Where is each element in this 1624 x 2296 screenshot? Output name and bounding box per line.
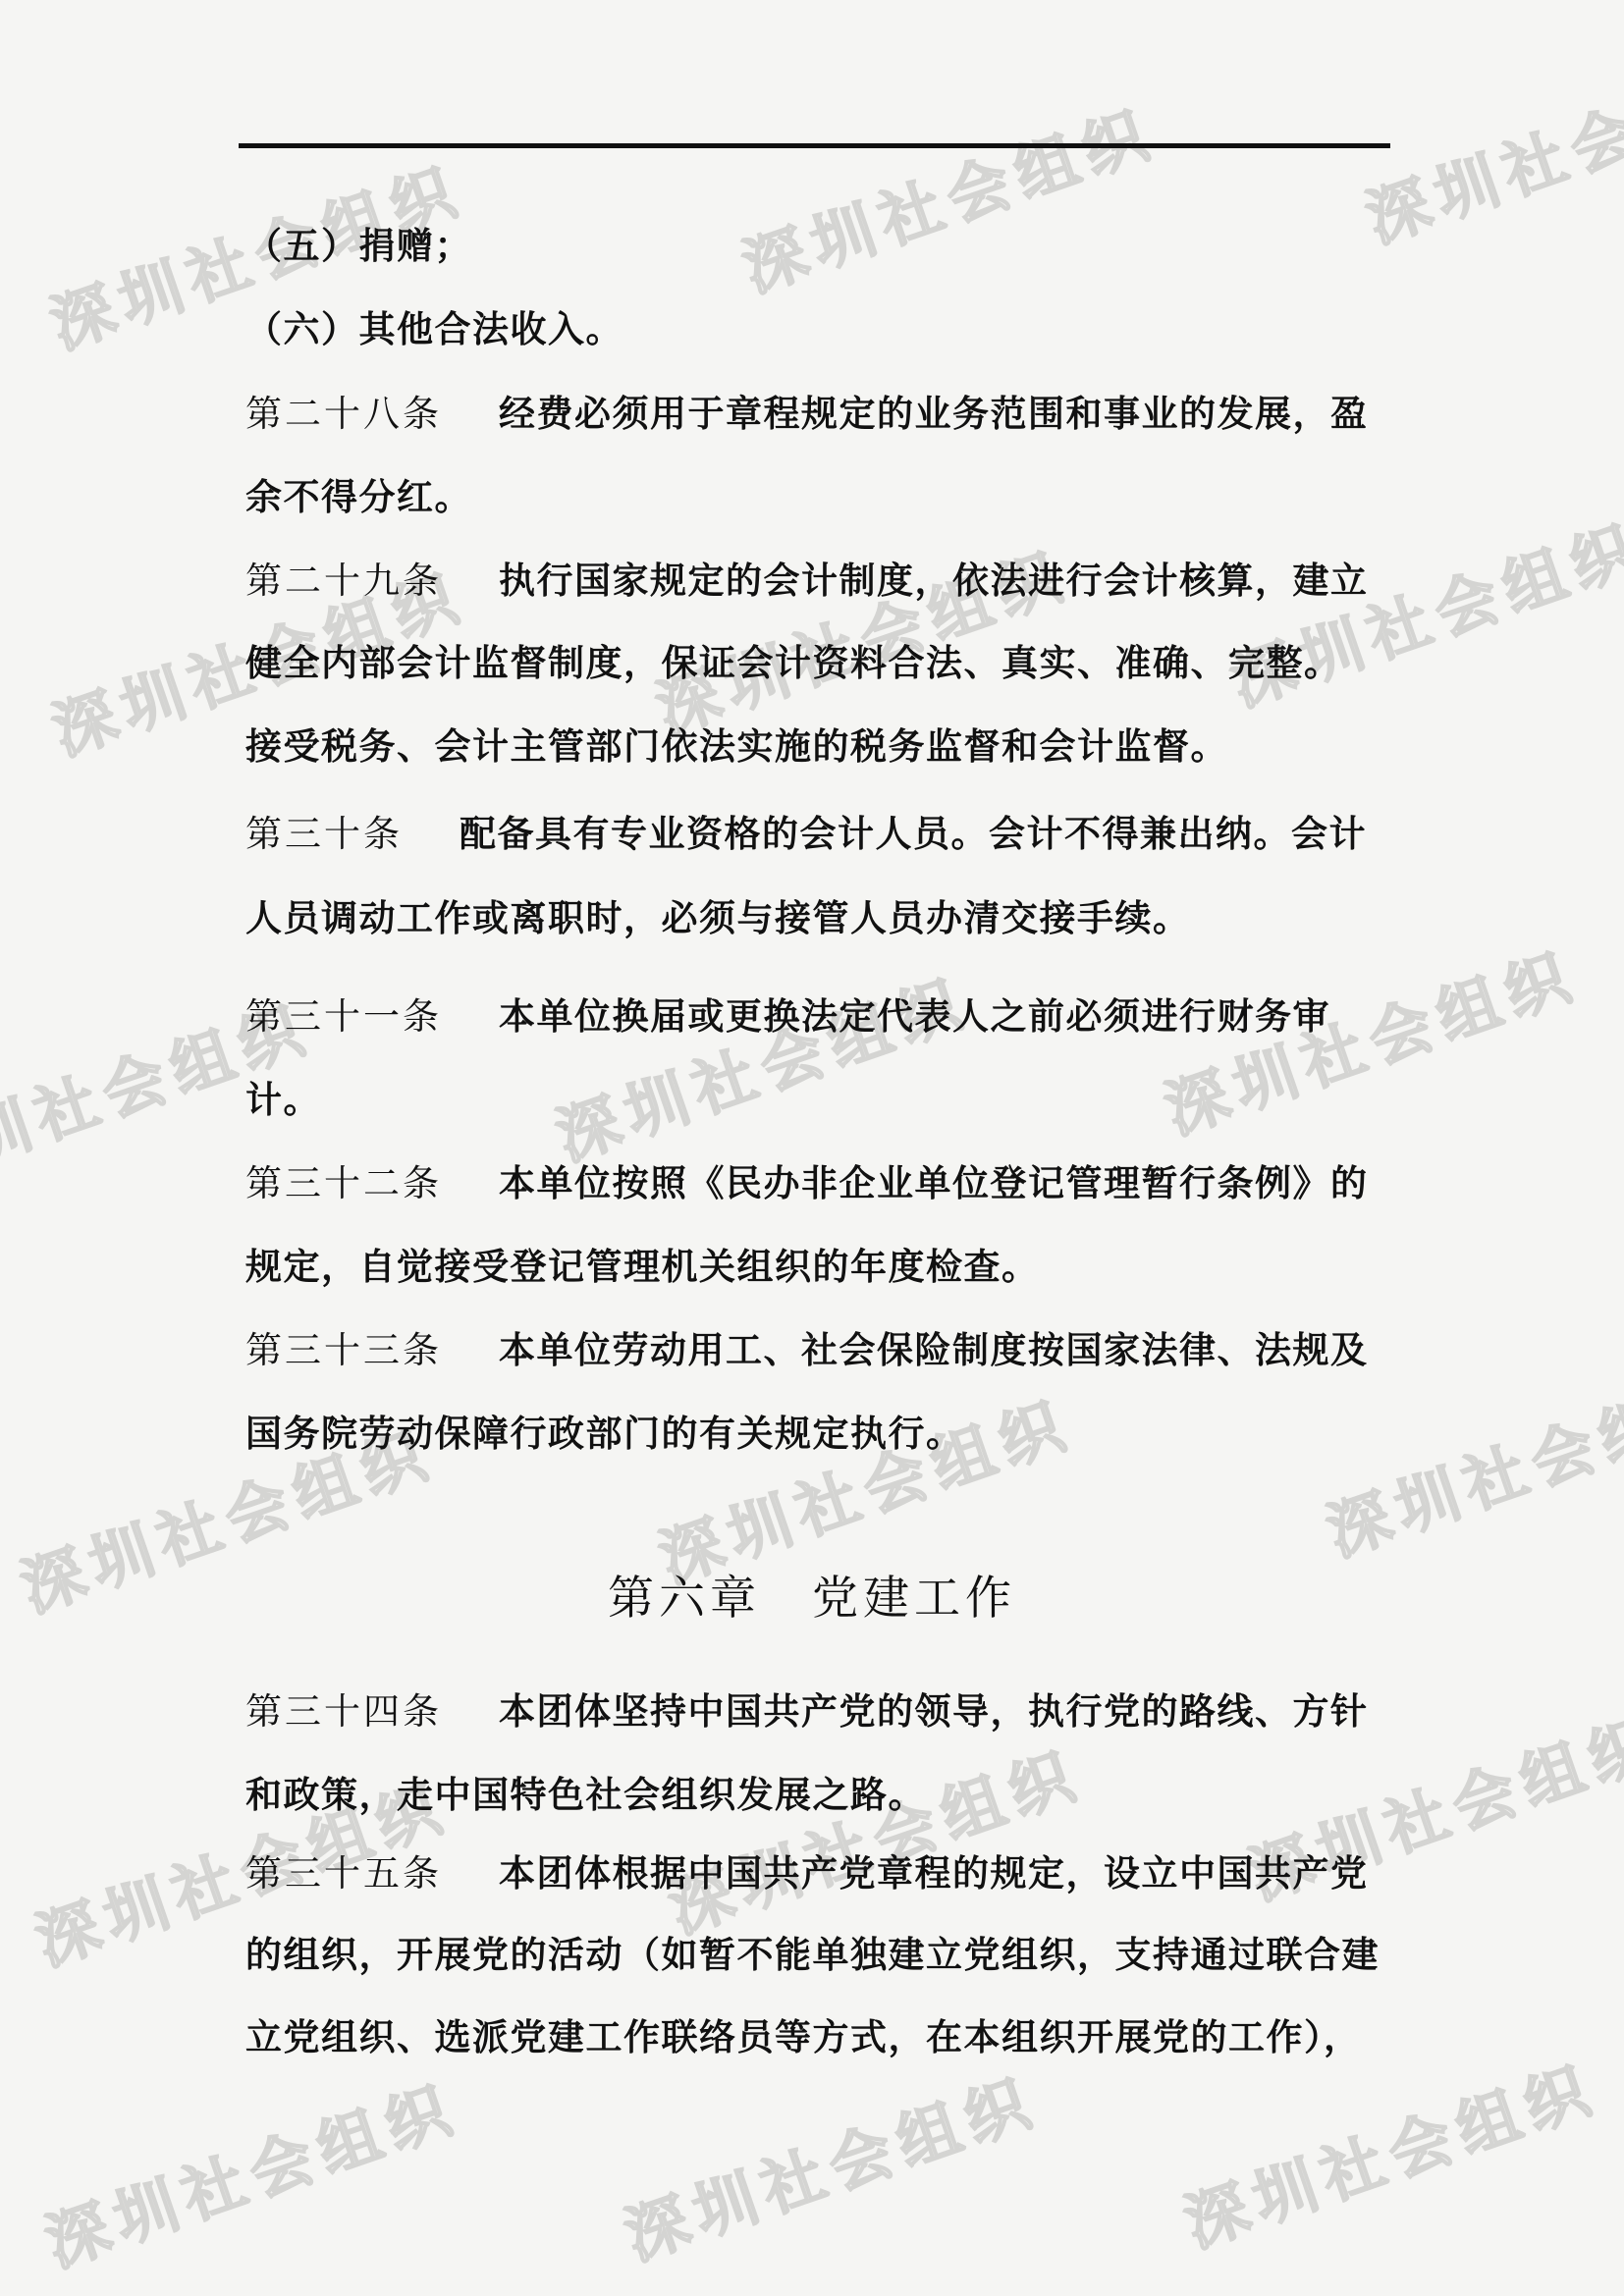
article-number: 第二十九条 bbox=[245, 561, 442, 602]
text-line: 计。 bbox=[245, 1077, 321, 1124]
article-text: 本团体坚持中国共产党的领导，执行党的路线、方针 bbox=[499, 1691, 1369, 1732]
article-line: 第三十条配备具有专业资格的会计人员。会计不得兼出纳。会计 bbox=[245, 811, 1367, 859]
article-number: 第三十三条 bbox=[245, 1331, 442, 1371]
article-line: 第三十四条本团体坚持中国共产党的领导，执行党的路线、方针 bbox=[245, 1688, 1369, 1736]
document-content: （五）捐赠；（六）其他合法收入。第二十八条经费必须用于章程规定的业务范围和事业的… bbox=[0, 0, 1624, 2296]
article-text: 配备具有专业资格的会计人员。会计不得兼出纳。会计 bbox=[460, 814, 1367, 854]
text-line: 人员调动工作或离职时，必须与接管人员办清交接手续。 bbox=[245, 895, 1191, 942]
article-text: 本团体根据中国共产党章程的规定，设立中国共产党 bbox=[499, 1853, 1369, 1894]
article-text: 执行国家规定的会计制度，依法进行会计核算，建立 bbox=[499, 561, 1369, 601]
article-number: 第三十五条 bbox=[245, 1854, 442, 1895]
article-line: 第三十二条本单位按照《民办非企业单位登记管理暂行条例》的 bbox=[245, 1160, 1369, 1208]
article-line: 第二十九条执行国家规定的会计制度，依法进行会计核算，建立 bbox=[245, 558, 1369, 606]
text-line: 接受税务、会计主管部门依法实施的税务监督和会计监督。 bbox=[245, 723, 1228, 771]
document-page: 深圳社会组织深圳社会组织深圳社会组织深圳社会组织深圳社会组织深圳社会组织深圳社会… bbox=[0, 0, 1624, 2296]
article-number: 第三十二条 bbox=[245, 1164, 442, 1204]
text-line: 国务院劳动保障行政部门的有关规定执行。 bbox=[245, 1411, 964, 1458]
text-line: 余不得分红。 bbox=[245, 474, 472, 521]
text-line: （五）捐赠； bbox=[245, 223, 472, 270]
text-line: 规定，自觉接受登记管理机关组织的年度检查。 bbox=[245, 1244, 1040, 1291]
article-number: 第二十八条 bbox=[245, 395, 442, 435]
article-text: 本单位换届或更换法定代表人之前必须进行财务审 bbox=[499, 996, 1330, 1037]
article-line: 第二十八条经费必须用于章程规定的业务范围和事业的发展，盈 bbox=[245, 391, 1369, 439]
article-line: 第三十一条本单位换届或更换法定代表人之前必须进行财务审 bbox=[245, 993, 1330, 1041]
article-number: 第三十四条 bbox=[245, 1692, 442, 1733]
article-text: 本单位劳动用工、社会保险制度按国家法律、法规及 bbox=[499, 1330, 1369, 1370]
text-line: 的组织，开展党的活动（如暂不能单独建立党组织，支持通过联合建 bbox=[245, 1932, 1380, 1979]
text-line: （六）其他合法收入。 bbox=[245, 306, 623, 353]
chapter-heading: 第六章 党建工作 bbox=[0, 1571, 1624, 1628]
article-text: 本单位按照《民办非企业单位登记管理暂行条例》的 bbox=[499, 1163, 1369, 1203]
article-number: 第三十条 bbox=[245, 815, 403, 855]
article-text: 经费必须用于章程规定的业务范围和事业的发展，盈 bbox=[499, 394, 1369, 434]
text-line: 健全内部会计监督制度，保证会计资料合法、真实、准确、完整。 bbox=[245, 640, 1342, 687]
text-line: 和政策，走中国特色社会组织发展之路。 bbox=[245, 1772, 926, 1819]
article-line: 第三十三条本单位劳动用工、社会保险制度按国家法律、法规及 bbox=[245, 1327, 1369, 1375]
text-line: 立党组织、选派党建工作联络员等方式，在本组织开展党的工作）， bbox=[245, 2014, 1362, 2061]
article-line: 第三十五条本团体根据中国共产党章程的规定，设立中国共产党 bbox=[245, 1850, 1369, 1898]
article-number: 第三十一条 bbox=[245, 997, 442, 1038]
